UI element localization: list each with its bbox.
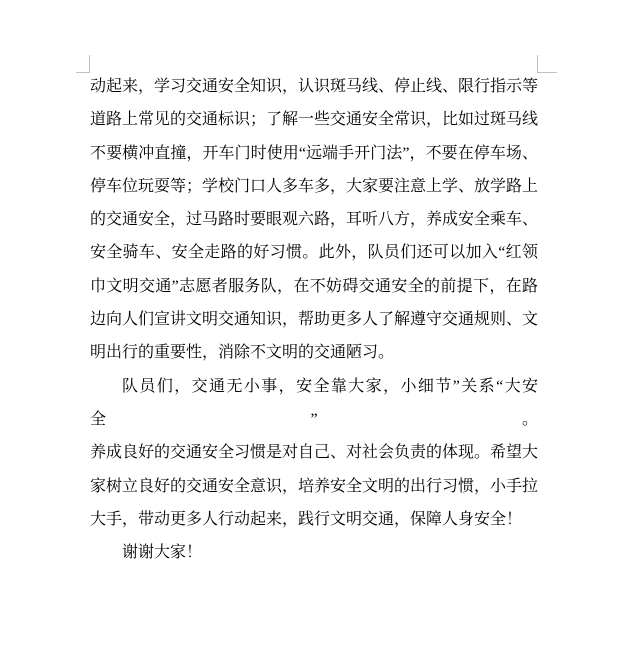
text-line: 动起来，学习交通安全知识，认识斑马线、停止线、限行指示等 — [90, 70, 538, 103]
text-line: 巾文明交通”志愿者服务队，在不妨碍交通安全的前提下，在路 — [90, 270, 538, 303]
crop-mark-top-right-icon — [537, 55, 557, 73]
document-page: 动起来，学习交通安全知识，认识斑马线、停止线、限行指示等道路上常见的交通标识；了… — [0, 0, 632, 670]
text-line: 养成良好的交通安全习惯是对自己、对社会负责的体现。希望大 — [90, 436, 538, 469]
text-line: 停车位玩耍等；学校门口人多车多，大家要注意上学、放学路上 — [90, 170, 538, 203]
text-line: 家树立良好的交通安全意识，培养安全文明的出行习惯，小手拉 — [90, 470, 538, 503]
crop-mark-top-left-icon — [76, 55, 90, 73]
text-line: 谢谢大家！ — [90, 536, 538, 569]
text-line: 道路上常见的交通标识；了解一些交通安全常识，比如过斑马线 — [90, 103, 538, 136]
text-line: 不要横冲直撞，开车门时使用“远端手开门法”，不要在停车场、 — [90, 137, 538, 170]
text-line: 安全骑车、安全走路的好习惯。此外，队员们还可以加入“红领 — [90, 236, 538, 269]
text-line: 大手，带动更多人行动起来，践行文明交通，保障人身安全！ — [90, 503, 538, 536]
text-line: 明出行的重要性，消除不文明的交通陋习。 — [90, 336, 538, 369]
text-line: 的交通安全，过马路时要眼观六路，耳听八方，养成安全乘车、 — [90, 203, 538, 236]
text-line: 边向人们宣讲文明交通知识，帮助更多人了解遵守交通规则、文 — [90, 303, 538, 336]
text-body: 动起来，学习交通安全知识，认识斑马线、停止线、限行指示等道路上常见的交通标识；了… — [90, 70, 538, 569]
text-line: 队员们，交通无小事，安全靠大家，小细节”关系“大安全”。 — [90, 370, 538, 437]
